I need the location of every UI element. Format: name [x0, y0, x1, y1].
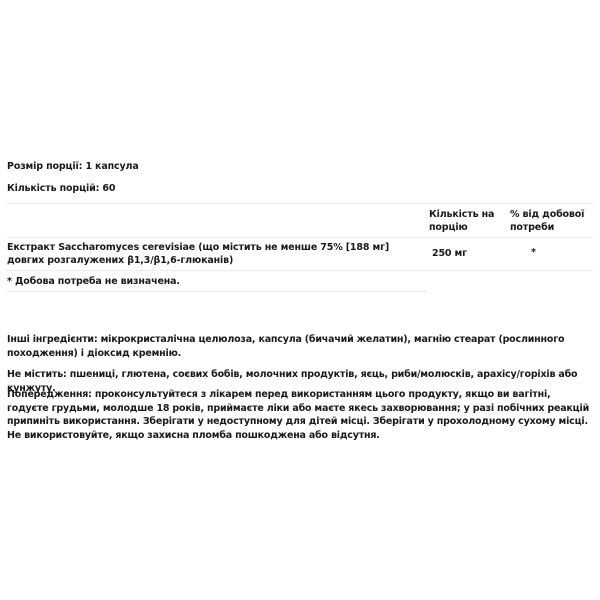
daily-value-footnote: * Добова потреба не визначена. [7, 275, 427, 288]
servings-per-container: Кількість порцій: 60 [7, 183, 115, 194]
other-ingredients: Інші інгредієнти: мікрокристалічна целюл… [7, 333, 593, 360]
row-divider [7, 270, 593, 271]
ingredient-amount: 250 мг [432, 247, 467, 260]
header-divider [7, 237, 593, 238]
serving-size: Розмір порції: 1 капсула [7, 161, 139, 172]
header-amount-per-serving: Кількість на порцію [429, 208, 497, 234]
warning-text: Попередження: проконсультуйтеся з лікаре… [7, 388, 593, 442]
ingredient-daily-value: * [531, 246, 536, 259]
header-daily-value: % від добової потреби [510, 208, 590, 234]
footnote-divider [7, 291, 427, 292]
table-top-divider [7, 203, 593, 204]
ingredient-name: Екстракт Saccharomyces cerevisiae (що мі… [7, 241, 407, 267]
